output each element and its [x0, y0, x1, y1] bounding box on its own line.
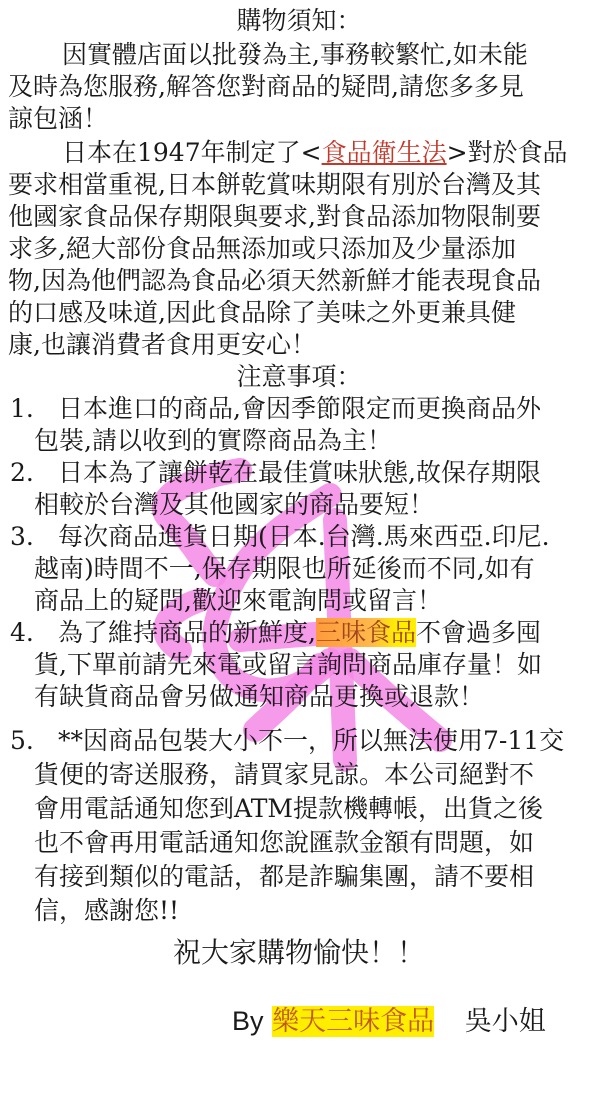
caution-item-line: 貨便的寄送服務，請買家見諒。本公司絕對不 — [34, 760, 534, 790]
law-line-suffix: >對於食品 — [447, 138, 568, 167]
shopping-notice-page: 購物須知： 因實體店面以批發為主,事務較繁忙,如未能 及時為您服務,解答您對商品… — [0, 0, 598, 1100]
intro-line: 因實體店面以批發為主,事務較繁忙,如未能 — [62, 40, 528, 70]
law-line: 他國家食品保存期限與要求,對食品添加物限制要 — [8, 202, 541, 232]
law-paragraph-line1: 日本在1947年制定了<食品衛生法>對於食品 — [62, 138, 568, 168]
caution-item-line: 信，感謝您!! — [34, 896, 179, 926]
intro-line: 及時為您服務,解答您對商品的疑問,請您多多見 — [8, 72, 524, 102]
item4-prefix: 為了維持商品的新鮮度, — [58, 618, 316, 647]
notice-title: 購物須知： — [0, 6, 598, 36]
caution-item-line: 相較於台灣及其他國家的商品要短！ — [34, 490, 434, 520]
cautions-title: 注意事項： — [0, 362, 598, 392]
law-line: 物,因為他們認為食品必須天然新鮮才能表現食品 — [8, 266, 541, 296]
caution-item-line: 有缺貨商品會另做通知商品更換或退款！ — [34, 682, 484, 712]
law-line: 康,也讓消費者食用更安心！ — [8, 330, 316, 360]
item4-suffix: 不會過多囤 — [416, 618, 541, 647]
signature: By 樂天三味食品 吳小姐 — [232, 1004, 546, 1039]
caution-item-line: 會用電話通知您到ATM提款機轉帳，出貨之後 — [34, 794, 543, 824]
shop-name-highlight: 三味食品 — [316, 618, 416, 647]
caution-item-line: 有接到類似的電話，都是詐騙集團，請不要相 — [34, 862, 534, 892]
law-line: 的口感及味道,因此食品除了美味之外更兼具健 — [8, 298, 516, 328]
list-number: 3. — [10, 522, 34, 552]
caution-item-line: 每次商品進貨日期(日本.台灣.馬來西亞.印尼. — [58, 522, 550, 552]
contact-person: 吳小姐 — [465, 1006, 546, 1037]
caution-item-line: 日本為了讓餅乾在最佳賞味狀態,故保存期限 — [58, 458, 541, 488]
caution-item-line: 越南)時間不一,保存期限也所延後而不同,如有 — [34, 554, 535, 584]
food-sanitation-law-link[interactable]: 食品衛生法 — [322, 138, 447, 167]
list-number: 2. — [10, 458, 34, 488]
list-number: 5. — [10, 726, 34, 756]
caution-item-line: 為了維持商品的新鮮度,三味食品不會過多囤 — [58, 618, 541, 648]
intro-line: 諒包涵！ — [8, 104, 108, 134]
caution-item-line: 包裝,請以收到的實際商品為主！ — [34, 426, 392, 456]
law-line-prefix: 日本在1947年制定了< — [62, 138, 322, 167]
list-number: 1. — [10, 394, 34, 424]
law-line: 要求相當重視,日本餅乾賞味期限有別於台灣及其 — [8, 170, 541, 200]
caution-item-line: 貨,下單前請先來電或留言詢問商品庫存量！如 — [34, 650, 542, 680]
law-line: 求多,絕大部份食品無添加或只添加及少量添加 — [8, 234, 516, 264]
list-number: 4. — [10, 618, 34, 648]
caution-item-line: 日本進口的商品,會因季節限定而更換商品外 — [58, 394, 541, 424]
caution-item-line: 商品上的疑問,歡迎來電詢問或留言！ — [34, 586, 442, 616]
caution-item-line: 也不會再用電話通知您說匯款金額有問題，如 — [34, 828, 534, 858]
shop-name: 樂天三味食品 — [272, 1006, 434, 1037]
caution-item-line: **因商品包裝大小不一，所以無法使用7-11交 — [58, 726, 564, 756]
closing-greeting: 祝大家購物愉快！！ — [0, 936, 598, 970]
by-label: By — [232, 1006, 264, 1036]
